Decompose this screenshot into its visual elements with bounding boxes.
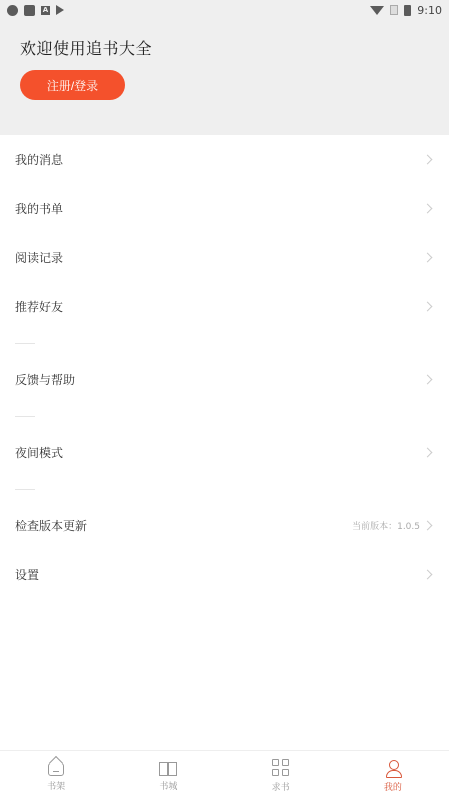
menu-item-reading-history[interactable]: 阅读记录 <box>0 233 449 282</box>
grid-icon <box>272 759 290 777</box>
chevron-right-icon <box>423 448 433 458</box>
chevron-right-icon <box>423 155 433 165</box>
home-icon <box>48 763 64 776</box>
menu-item-feedback-help[interactable]: 反馈与帮助 <box>0 355 449 404</box>
tab-label: 求书 <box>272 780 290 793</box>
profile-header: 欢迎使用追书大全 注册/登录 <box>0 20 449 135</box>
chevron-right-icon <box>423 521 433 531</box>
tab-request-book[interactable]: 求书 <box>225 751 337 800</box>
tab-mine[interactable]: 我的 <box>337 751 449 800</box>
no-sim-icon <box>390 5 398 15</box>
divider <box>0 331 449 355</box>
bottom-tab-bar: 书架 书城 求书 我的 <box>0 750 449 800</box>
chevron-right-icon <box>423 302 433 312</box>
square-notification-icon <box>24 5 35 16</box>
chevron-right-icon <box>423 253 433 263</box>
status-right: 9:10 <box>370 4 442 17</box>
menu-item-booklists[interactable]: 我的书单 <box>0 184 449 233</box>
menu-label: 反馈与帮助 <box>15 371 75 388</box>
tab-bookstore[interactable]: 书城 <box>112 751 224 800</box>
chevron-right-icon <box>423 375 433 385</box>
status-left: A <box>7 5 64 16</box>
tab-label: 我的 <box>384 780 402 793</box>
menu-label: 我的书单 <box>15 200 63 217</box>
status-time: 9:10 <box>417 4 442 17</box>
menu-label: 设置 <box>15 566 39 583</box>
chevron-right-icon <box>423 570 433 580</box>
divider <box>0 477 449 501</box>
tab-bookshelf[interactable]: 书架 <box>0 751 112 800</box>
register-login-button[interactable]: 注册/登录 <box>20 70 125 100</box>
book-icon <box>159 762 177 776</box>
tab-label: 书城 <box>159 779 177 792</box>
current-version: 当前版本：1.0.5 <box>352 519 420 532</box>
menu-item-night-mode[interactable]: 夜间模式 <box>0 428 449 477</box>
welcome-title: 欢迎使用追书大全 <box>20 36 152 59</box>
divider <box>0 404 449 428</box>
menu-item-recommend-friends[interactable]: 推荐好友 <box>0 282 449 331</box>
menu-label: 我的消息 <box>15 151 63 168</box>
wifi-icon <box>370 6 384 15</box>
menu-item-messages[interactable]: 我的消息 <box>0 135 449 184</box>
settings-menu: 我的消息 我的书单 阅读记录 推荐好友 反馈与帮助 夜间模式 检查版本更新 当前… <box>0 135 449 599</box>
a-app-icon: A <box>41 6 50 15</box>
tab-label: 书架 <box>47 779 65 792</box>
chevron-right-icon <box>423 204 433 214</box>
user-icon <box>384 759 402 777</box>
menu-item-settings[interactable]: 设置 <box>0 550 449 599</box>
menu-label: 推荐好友 <box>15 298 63 315</box>
menu-label: 夜间模式 <box>15 444 63 461</box>
menu-label: 检查版本更新 <box>15 517 87 534</box>
menu-item-check-update[interactable]: 检查版本更新 当前版本：1.0.5 <box>0 501 449 550</box>
status-bar: A 9:10 <box>0 0 449 20</box>
play-store-icon <box>56 5 64 15</box>
menu-label: 阅读记录 <box>15 249 63 266</box>
battery-icon <box>404 5 411 16</box>
circle-notification-icon <box>7 5 18 16</box>
